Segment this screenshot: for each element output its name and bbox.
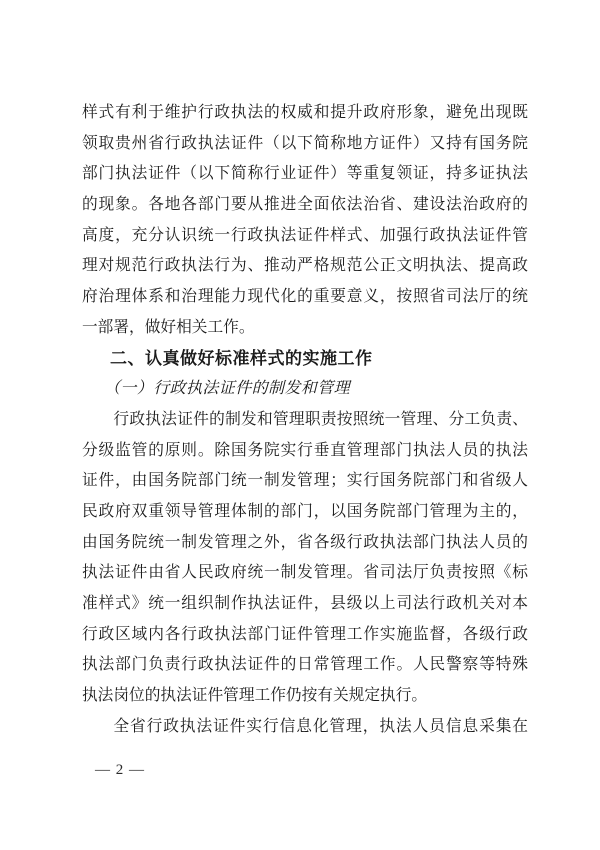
subsection-heading: （一）行政执法证件的制发和管理: [82, 374, 528, 405]
document-page: 样式有利于维护行政执法的权威和提升政府形象，避免出现既 领取贵州省行政执法证件（…: [0, 0, 600, 850]
section-heading: 二、认真做好标准样式的实施工作: [82, 344, 528, 375]
text-line: 分级监管的原则。除国务院实行垂直管理部门执法人员的执法: [82, 436, 528, 467]
text-line: 由国务院统一制发管理之外，省各级行政执法部门执法人员的: [82, 528, 528, 559]
text-line: 执法部门负责行政执法证件的日常管理工作。人民警察等特殊: [82, 650, 528, 681]
text-line: 一部署，做好相关工作。: [82, 313, 528, 344]
text-line: 理对规范行政执法行为、推动严格规范公正文明执法、提高政: [82, 251, 528, 282]
text-line: 府治理体系和治理能力现代化的重要意义，按照省司法厅的统: [82, 282, 528, 313]
text-line: 民政府双重领导管理体制的部门，以国务院部门管理为主的，: [82, 497, 528, 528]
text-line: 执法岗位的执法证件管理工作仍按有关规定执行。: [82, 681, 528, 712]
page-number: — 2 —: [95, 760, 145, 780]
document-text-block: 样式有利于维护行政执法的权威和提升政府形象，避免出现既 领取贵州省行政执法证件（…: [82, 98, 528, 742]
text-line: 样式有利于维护行政执法的权威和提升政府形象，避免出现既: [82, 98, 528, 129]
paragraph: 全省行政执法证件实行信息化管理，执法人员信息采集在: [82, 712, 528, 743]
text-line: 行政执法证件的制发和管理职责按照统一管理、分工负责、: [82, 405, 528, 436]
text-line: 行政区域内各行政执法部门证件管理工作实施监督，各级行政: [82, 620, 528, 651]
paragraph-continuation: 样式有利于维护行政执法的权威和提升政府形象，避免出现既 领取贵州省行政执法证件（…: [82, 98, 528, 344]
text-line: 执法证件由省人民政府统一制发管理。省司法厅负责按照《标: [82, 558, 528, 589]
text-line: 的现象。各地各部门要从推进全面依法治省、建设法治政府的: [82, 190, 528, 221]
text-line: 部门执法证件（以下简称行业证件）等重复领证，持多证执法: [82, 159, 528, 190]
paragraph: 行政执法证件的制发和管理职责按照统一管理、分工负责、 分级监管的原则。除国务院实…: [82, 405, 528, 712]
text-line: 证件，由国务院部门统一制发管理；实行国务院部门和省级人: [82, 466, 528, 497]
text-line: 准样式》统一组织制作执法证件，县级以上司法行政机关对本: [82, 589, 528, 620]
text-line: 领取贵州省行政执法证件（以下简称地方证件）又持有国务院: [82, 129, 528, 160]
text-line: 全省行政执法证件实行信息化管理，执法人员信息采集在: [82, 712, 528, 743]
text-line: 高度，充分认识统一行政执法证件样式、加强行政执法证件管: [82, 221, 528, 252]
